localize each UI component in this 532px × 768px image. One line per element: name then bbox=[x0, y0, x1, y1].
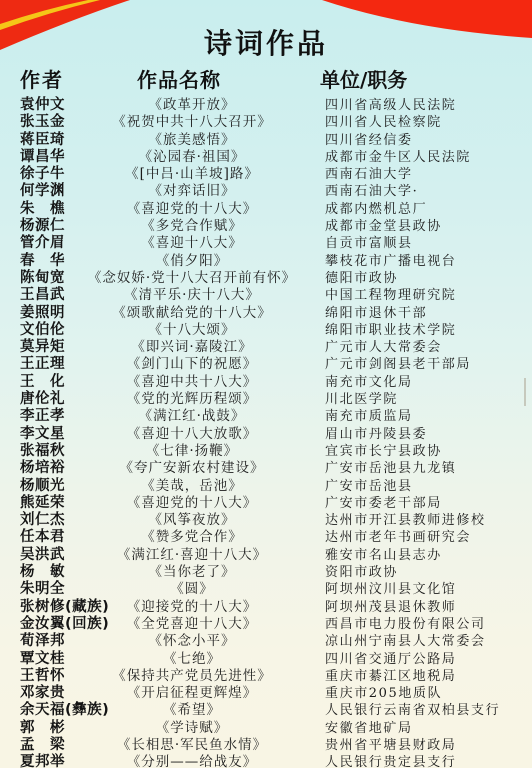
work-title: 《[中吕·山羊坡]路》 bbox=[86, 166, 298, 183]
author-name: 徐子牛 bbox=[20, 166, 65, 183]
author-name: 孟 梁 bbox=[20, 737, 65, 754]
list-item: 刘仁杰《风筝夜放》达州市开江县教师进修校 bbox=[0, 512, 532, 529]
author-name: 郭 彬 bbox=[20, 720, 65, 737]
work-title: 《党的光辉历程颂》 bbox=[86, 391, 298, 408]
list-item: 朱 樵《喜迎党的十八大》成都内燃机总厂 bbox=[0, 201, 532, 218]
author-unit: 成都市金牛区人民法院 bbox=[325, 149, 471, 166]
list-item: 余天福(彝族)《希望》人民银行云南省双柏县支行 bbox=[0, 702, 532, 719]
author-name: 袁仲文 bbox=[20, 97, 65, 114]
work-title: 《全党喜迎十八大》 bbox=[86, 616, 298, 633]
work-title: 《剑门山下的祝愿》 bbox=[86, 356, 298, 373]
author-name: 陈甸宽 bbox=[20, 270, 65, 287]
work-title: 《念奴娇·党十八大召开前有怀》 bbox=[86, 270, 298, 287]
list-item: 邓家贵《开启征程更辉煌》重庆市205地质队 bbox=[0, 685, 532, 702]
list-item: 荀泽邦《怀念小平》凉山州宁南县人大常委会 bbox=[0, 633, 532, 650]
author-name: 刘仁杰 bbox=[20, 512, 65, 529]
author-name: 王昌武 bbox=[20, 287, 65, 304]
poem-list: 袁仲文《政革开放》四川省高级人民法院张玉金《祝贺中共十八大召开》四川省人民检察院… bbox=[0, 97, 532, 768]
work-title: 《希望》 bbox=[86, 702, 298, 719]
list-item: 陈甸宽《念奴娇·党十八大召开前有怀》德阳市政协 bbox=[0, 270, 532, 287]
author-unit: 南充市质监局 bbox=[325, 408, 413, 425]
list-item: 管介眉《喜迎十八大》自贡市富顺县 bbox=[0, 235, 532, 252]
author-unit: 攀枝花市广播电视台 bbox=[325, 253, 456, 270]
author-unit: 广安市岳池县 bbox=[325, 478, 413, 495]
list-item: 金汝翼(回族)《全党喜迎十八大》西昌市电力股份有限公司 bbox=[0, 616, 532, 633]
author-name: 何学渊 bbox=[20, 183, 65, 200]
author-unit: 四川省高级人民法院 bbox=[325, 97, 456, 114]
author-name: 朱 樵 bbox=[20, 201, 65, 218]
author-unit: 人民银行贵定县支行 bbox=[325, 754, 456, 768]
author-unit: 四川省人民检察院 bbox=[325, 114, 442, 131]
author-name: 王 化 bbox=[20, 374, 65, 391]
list-item: 文伯伦《十八大颂》绵阳市职业技术学院 bbox=[0, 322, 532, 339]
author-unit: 川北医学院 bbox=[325, 391, 398, 408]
author-unit: 雅安市名山县志办 bbox=[325, 547, 442, 564]
work-title: 《风筝夜放》 bbox=[86, 512, 298, 529]
list-item: 唐伦礼《党的光辉历程颂》川北医学院 bbox=[0, 391, 532, 408]
author-unit: 中国工程物理研究院 bbox=[325, 287, 456, 304]
work-title: 《满江红·战鼓》 bbox=[86, 408, 298, 425]
work-title: 《喜迎党的十八大》 bbox=[86, 201, 298, 218]
list-item: 王正理《剑门山下的祝愿》广元市剑阁县老干部局 bbox=[0, 356, 532, 373]
author-unit: 重庆市205地质队 bbox=[325, 685, 442, 702]
list-item: 谭昌华《沁园春·祖国》成都市金牛区人民法院 bbox=[0, 149, 532, 166]
work-title: 《祝贺中共十八大召开》 bbox=[86, 114, 298, 131]
work-title: 《喜迎中共十八大》 bbox=[86, 374, 298, 391]
author-unit: 贵州省平塘县财政局 bbox=[325, 737, 456, 754]
work-title: 《喜迎十八大》 bbox=[86, 235, 298, 252]
author-unit: 四川省交通厅公路局 bbox=[325, 651, 456, 668]
work-title: 《学诗赋》 bbox=[86, 720, 298, 737]
work-title: 《赞多党合作》 bbox=[86, 529, 298, 546]
author-unit: 自贡市富顺县 bbox=[325, 235, 413, 252]
list-item: 熊延荣《喜迎党的十八大》广安市委老干部局 bbox=[0, 495, 532, 512]
list-item: 杨培裕《夸广安新农村建设》广安市岳池县九龙镇 bbox=[0, 460, 532, 477]
list-item: 夏邦举《分别——给战友》人民银行贵定县支行 bbox=[0, 754, 532, 768]
list-item: 张福秋《七律·扬鞭》宜宾市长宁县政协 bbox=[0, 443, 532, 460]
author-unit: 西南石油大学 bbox=[325, 166, 413, 183]
author-name: 李文星 bbox=[20, 426, 65, 443]
work-title: 《七律·扬鞭》 bbox=[86, 443, 298, 460]
author-name: 李正孝 bbox=[20, 408, 65, 425]
author-unit: 成都市金堂县政协 bbox=[325, 218, 442, 235]
author-unit: 西南石油大学· bbox=[325, 183, 418, 200]
author-name: 蒋臣琦 bbox=[20, 132, 65, 149]
author-unit: 重庆市綦江区地税局 bbox=[325, 668, 456, 685]
work-title: 《圆》 bbox=[86, 581, 298, 598]
work-title: 《对弈话旧》 bbox=[86, 183, 298, 200]
author-unit: 南充市文化局 bbox=[325, 374, 413, 391]
work-title: 《即兴词·嘉陵江》 bbox=[86, 339, 298, 356]
work-title: 《多党合作赋》 bbox=[86, 218, 298, 235]
author-name: 荀泽邦 bbox=[20, 633, 65, 650]
author-name: 春 华 bbox=[20, 253, 65, 270]
author-name: 杨 敏 bbox=[20, 564, 65, 581]
author-unit: 广安市岳池县九龙镇 bbox=[325, 460, 456, 477]
work-title: 《迎接党的十八大》 bbox=[86, 599, 298, 616]
author-name: 杨源仁 bbox=[20, 218, 65, 235]
list-item: 杨 敏《当你老了》资阳市政协 bbox=[0, 564, 532, 581]
list-item: 郭 彬《学诗赋》安徽省地矿局 bbox=[0, 720, 532, 737]
author-name: 杨顺光 bbox=[20, 478, 65, 495]
author-name: 杨培裕 bbox=[20, 460, 65, 477]
work-title: 《喜迎党的十八大》 bbox=[86, 495, 298, 512]
work-title: 《俏夕阳》 bbox=[86, 253, 298, 270]
author-name: 唐伦礼 bbox=[20, 391, 65, 408]
work-title: 《满江红·喜迎十八大》 bbox=[86, 547, 298, 564]
list-item: 何学渊《对弈话旧》西南石油大学· bbox=[0, 183, 532, 200]
author-unit: 广元市剑阁县老干部局 bbox=[325, 356, 471, 373]
page-edge-mark bbox=[524, 378, 526, 406]
author-name: 张福秋 bbox=[20, 443, 65, 460]
work-title: 《长相思·军民鱼水情》 bbox=[86, 737, 298, 754]
work-title: 《美哉，岳池》 bbox=[86, 478, 298, 495]
list-item: 杨顺光《美哉，岳池》广安市岳池县 bbox=[0, 478, 532, 495]
list-item: 王 化《喜迎中共十八大》南充市文化局 bbox=[0, 374, 532, 391]
list-item: 李文星《喜迎十八大放歌》眉山市丹陵县委 bbox=[0, 426, 532, 443]
list-item: 春 华《俏夕阳》攀枝花市广播电视台 bbox=[0, 253, 532, 270]
work-title: 《颂歌献给党的十八大》 bbox=[86, 305, 298, 322]
work-title: 《喜迎十八大放歌》 bbox=[86, 426, 298, 443]
work-title: 《清平乐·庆十八大》 bbox=[86, 287, 298, 304]
column-header-work: 作品名称 bbox=[137, 64, 221, 92]
author-unit: 四川省经信委 bbox=[325, 132, 413, 149]
author-unit: 德阳市政协 bbox=[325, 270, 398, 287]
author-unit: 达州市老年书画研究会 bbox=[325, 529, 471, 546]
work-title: 《保持共产党员先进性》 bbox=[86, 668, 298, 685]
author-unit: 宜宾市长宁县政协 bbox=[325, 443, 442, 460]
author-unit: 西昌市电力股份有限公司 bbox=[325, 616, 486, 633]
work-title: 《开启征程更辉煌》 bbox=[86, 685, 298, 702]
author-name: 夏邦举 bbox=[20, 754, 65, 768]
author-unit: 人民银行云南省双柏县支行 bbox=[325, 702, 500, 719]
author-name: 邓家贵 bbox=[20, 685, 65, 702]
work-title: 《怀念小平》 bbox=[86, 633, 298, 650]
author-name: 管介眉 bbox=[20, 235, 65, 252]
author-unit: 安徽省地矿局 bbox=[325, 720, 413, 737]
author-name: 覃文桂 bbox=[20, 651, 65, 668]
list-item: 杨源仁《多党合作赋》成都市金堂县政协 bbox=[0, 218, 532, 235]
page-title: 诗词作品 bbox=[0, 22, 532, 62]
list-item: 朱明全《圆》阿坝州汶川县文化馆 bbox=[0, 581, 532, 598]
author-name: 任本君 bbox=[20, 529, 65, 546]
column-header-author: 作者 bbox=[20, 64, 64, 92]
author-unit: 资阳市政协 bbox=[325, 564, 398, 581]
work-title: 《分别——给战友》 bbox=[86, 754, 298, 768]
list-item: 袁仲文《政革开放》四川省高级人民法院 bbox=[0, 97, 532, 114]
author-name: 莫异矩 bbox=[20, 339, 65, 356]
author-name: 谭昌华 bbox=[20, 149, 65, 166]
author-unit: 广安市委老干部局 bbox=[325, 495, 442, 512]
author-unit: 眉山市丹陵县委 bbox=[325, 426, 427, 443]
author-name: 朱明全 bbox=[20, 581, 65, 598]
list-item: 蒋臣琦《旅美感悟》四川省经信委 bbox=[0, 132, 532, 149]
list-item: 吴洪武《满江红·喜迎十八大》雅安市名山县志办 bbox=[0, 547, 532, 564]
list-item: 张玉金《祝贺中共十八大召开》四川省人民检察院 bbox=[0, 114, 532, 131]
author-unit: 成都内燃机总厂 bbox=[325, 201, 427, 218]
work-title: 《当你老了》 bbox=[86, 564, 298, 581]
list-item: 徐子牛《[中吕·山羊坡]路》西南石油大学 bbox=[0, 166, 532, 183]
author-unit: 阿坝州汶川县文化馆 bbox=[325, 581, 456, 598]
list-item: 姜照明《颂歌献给党的十八大》绵阳市退休干部 bbox=[0, 305, 532, 322]
list-item: 王哲怀《保持共产党员先进性》重庆市綦江区地税局 bbox=[0, 668, 532, 685]
author-name: 姜照明 bbox=[20, 305, 65, 322]
work-title: 《旅美感悟》 bbox=[86, 132, 298, 149]
list-item: 覃文桂《七绝》四川省交通厅公路局 bbox=[0, 651, 532, 668]
author-unit: 阿坝州茂县退休教师 bbox=[325, 599, 456, 616]
work-title: 《沁园春·祖国》 bbox=[86, 149, 298, 166]
author-unit: 达州市开江县教师进修校 bbox=[325, 512, 486, 529]
author-name: 熊延荣 bbox=[20, 495, 65, 512]
author-unit: 广元市人大常委会 bbox=[325, 339, 442, 356]
work-title: 《夸广安新农村建设》 bbox=[86, 460, 298, 477]
list-item: 李正孝《满江红·战鼓》南充市质监局 bbox=[0, 408, 532, 425]
column-header-unit: 单位/职务 bbox=[320, 64, 407, 92]
author-unit: 绵阳市职业技术学院 bbox=[325, 322, 456, 339]
author-name: 张玉金 bbox=[20, 114, 65, 131]
list-item: 张树修(藏族)《迎接党的十八大》阿坝州茂县退休教师 bbox=[0, 599, 532, 616]
work-title: 《七绝》 bbox=[86, 651, 298, 668]
author-name: 文伯伦 bbox=[20, 322, 65, 339]
list-item: 任本君《赞多党合作》达州市老年书画研究会 bbox=[0, 529, 532, 546]
list-item: 孟 梁《长相思·军民鱼水情》贵州省平塘县财政局 bbox=[0, 737, 532, 754]
author-name: 王哲怀 bbox=[20, 668, 65, 685]
work-title: 《十八大颂》 bbox=[86, 322, 298, 339]
list-item: 莫异矩《即兴词·嘉陵江》广元市人大常委会 bbox=[0, 339, 532, 356]
author-name: 王正理 bbox=[20, 356, 65, 373]
list-item: 王昌武《清平乐·庆十八大》中国工程物理研究院 bbox=[0, 287, 532, 304]
author-unit: 凉山州宁南县人大常委会 bbox=[325, 633, 486, 650]
author-name: 吴洪武 bbox=[20, 547, 65, 564]
author-unit: 绵阳市退休干部 bbox=[325, 305, 427, 322]
work-title: 《政革开放》 bbox=[86, 97, 298, 114]
